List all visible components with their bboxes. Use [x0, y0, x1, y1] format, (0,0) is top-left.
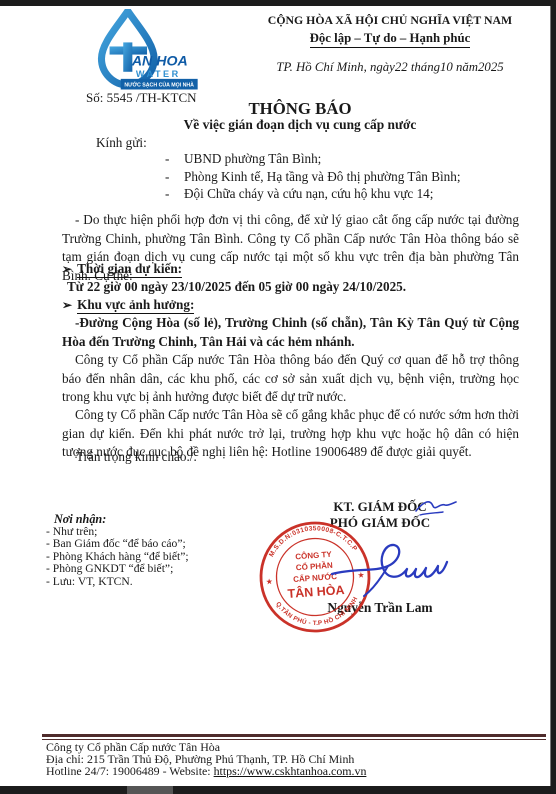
footer-hotline: Hotline 24/7: 19006489 - Website: https:…: [46, 766, 366, 778]
logo-brand-text: AN HOA: [131, 54, 188, 70]
footer-hotline-prefix: Hotline 24/7: 19006489 - Website:: [46, 764, 214, 778]
closing-line: Trân trọng kính chào./.: [62, 449, 197, 465]
bullet-dash: -: [165, 169, 169, 185]
recipient-text: Đội Chữa cháy và cứu nạn, cứu hộ khu vực…: [184, 186, 433, 202]
noi-nhan-item: - Phòng GNKDT “để biết”;: [46, 563, 189, 575]
recipient-text: UBND phường Tân Bình;: [184, 151, 321, 167]
paragraph-notice: Công ty Cổ phần Cấp nước Tân Hòa thông b…: [62, 351, 519, 407]
logo-tagline-text: NƯỚC SẠCH CỦA MỌI NHÀ: [124, 80, 194, 88]
noi-nhan-item: - Lưu: VT, KTCN.: [46, 576, 189, 588]
viewer-top-edge: [0, 0, 556, 6]
section-heading-area: ➢Khu vực ảnh hưởng:: [62, 297, 194, 313]
page-subtitle: Về việc gián đoạn dịch vụ cung cấp nước: [50, 117, 550, 133]
document-page: AN HOA WATER NƯỚC SẠCH CỦA MỌI NHÀ Số: 5…: [0, 0, 556, 794]
arrow-bullet-icon: ➢: [62, 262, 72, 276]
national-header: CỘNG HÒA XÃ HỘI CHỦ NGHĨA VIỆT NAM Độc l…: [230, 13, 550, 75]
bullet-dash: -: [165, 186, 169, 202]
bullet-dash: -: [165, 151, 169, 167]
noi-nhan-item: - Ban Giám đốc “để báo cáo”;: [46, 538, 189, 550]
footer-block: Công ty Cổ phần Cấp nước Tân Hòa Địa chỉ…: [46, 742, 366, 777]
viewer-right-edge: [550, 0, 556, 794]
date-line: TP. Hồ Chí Minh, ngày22 tháng10 năm2025: [230, 60, 550, 75]
section-heading-label: Thời gian dự kiến:: [77, 261, 182, 278]
signature-scribble-icon: [330, 536, 450, 604]
section-heading-time: ➢Thời gian dự kiến:: [62, 261, 182, 277]
recipient-text: Phòng Kinh tế, Hạ tầng và Đô thị phường …: [184, 169, 461, 185]
national-motto-line2: Độc lập – Tự do – Hạnh phúc: [310, 31, 471, 48]
national-motto-line1: CỘNG HÒA XÃ HỘI CHỦ NGHĨA VIỆT NAM: [230, 13, 550, 28]
footer-website-link[interactable]: https://www.cskhtanhoa.com.vn: [214, 764, 367, 778]
stamp-star-left-icon: ★: [265, 577, 273, 586]
pen-initial-icon: [412, 496, 462, 522]
noi-nhan-list: - Như trên; - Ban Giám đốc “để báo cáo”;…: [46, 526, 189, 588]
stamp-center-line: CỔ PHẦN: [295, 560, 333, 573]
time-line: Từ 22 giờ 00 ngày 23/10/2025 đến 05 giờ …: [67, 279, 406, 295]
scrollbar-thumb[interactable]: [127, 786, 173, 794]
section-heading-label: Khu vực ảnh hưởng:: [77, 297, 194, 314]
water-drop-logo-icon: AN HOA WATER NƯỚC SẠCH CỦA MỌI NHÀ: [90, 9, 198, 90]
horizontal-scrollbar[interactable]: [0, 786, 556, 794]
page-title: THÔNG BÁO: [50, 99, 550, 119]
logo-brand-sub-text: WATER: [136, 69, 181, 79]
paragraph-affected-area: -Đường Cộng Hòa (số lẻ), Trường Chinh (s…: [62, 314, 519, 351]
salutation-label: Kính gửi:: [96, 135, 147, 151]
stamp-center-line: CÔNG TY: [295, 550, 333, 562]
arrow-bullet-icon: ➢: [62, 298, 72, 312]
